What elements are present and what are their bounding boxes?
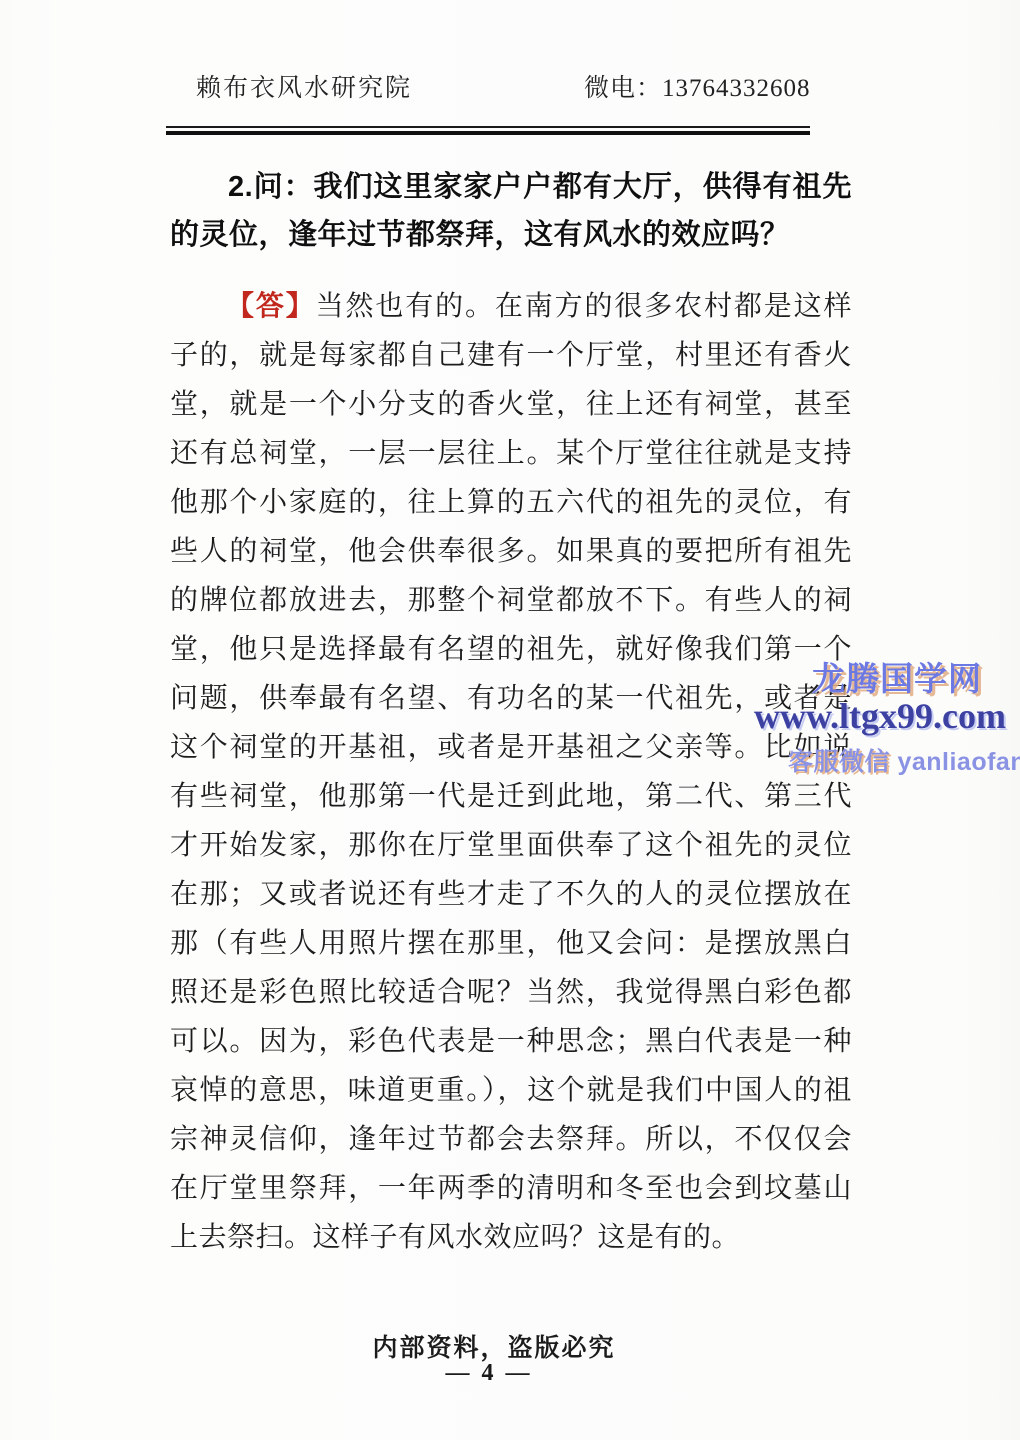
footer-notice: 内部资料，盗版必究 [0, 1328, 988, 1364]
header-contact: 微电：13764332608 [584, 68, 811, 104]
question-number: 2.问： [228, 171, 314, 203]
answer-tag: 【答】 [226, 290, 316, 321]
answer-paragraph: 【答】当然也有的。在南方的很多农村都是这样子的，就是每家都自己建有一个厅堂，村里… [170, 281, 852, 1262]
header-institute: 赖布衣风水研究院 [196, 68, 412, 104]
header-double-rule [166, 126, 810, 135]
page-number: — 4 — [0, 1360, 978, 1387]
watermark-wechat-id: yanliaofan225 [890, 748, 1020, 776]
document-page: 赖布衣风水研究院 微电：13764332608 2.问：我们这里家家户户都有大厅… [0, 0, 1020, 1440]
answer-text: 当然也有的。在南方的很多农村都是这样子的，就是每家都自己建有一个厅堂，村里还有香… [170, 291, 852, 1253]
question-paragraph: 2.问：我们这里家家户户都有大厅，供得有祖先的灵位，逢年过节都祭拜，这有风水的效… [170, 163, 852, 259]
